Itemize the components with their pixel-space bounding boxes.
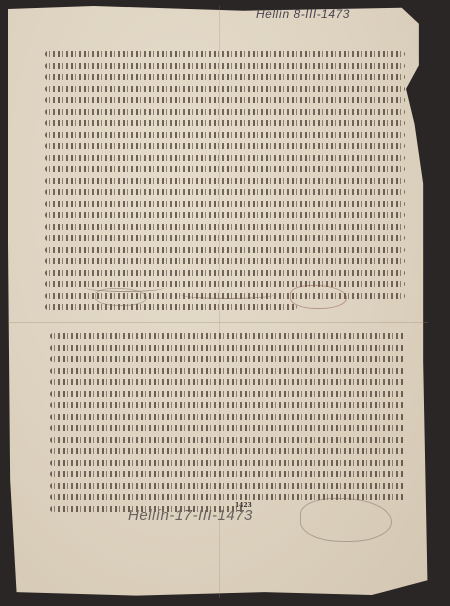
handwritten-line: [45, 140, 405, 152]
date-annotation-bottom: Hellín-17-III-1473: [128, 507, 253, 524]
horizontal-fold-line: [8, 322, 428, 323]
handwritten-line: [45, 301, 297, 313]
handwritten-line: [50, 445, 405, 457]
signature-left-mark: [95, 288, 147, 306]
handwritten-line: [50, 365, 405, 377]
signature-right: [290, 285, 347, 309]
handwritten-line: [45, 129, 405, 141]
handwritten-line: [45, 117, 405, 129]
secondary-text-block: [50, 330, 405, 514]
handwritten-line: [50, 434, 405, 446]
handwritten-line: [45, 175, 405, 187]
handwritten-line: [50, 376, 405, 388]
handwritten-line: [45, 163, 405, 175]
handwritten-line: [45, 221, 405, 233]
date-annotation-top: Hellín 8-III-1473: [256, 7, 350, 21]
handwritten-line: [45, 267, 405, 279]
handwritten-line: [45, 152, 405, 164]
main-text-block: [45, 48, 405, 313]
handwritten-line: [50, 457, 405, 469]
handwritten-line: [50, 353, 405, 365]
handwritten-line: [50, 422, 405, 434]
signature-bottom-right: [300, 498, 392, 542]
handwritten-line: [50, 411, 405, 423]
handwritten-line: [50, 330, 405, 342]
handwritten-line: [45, 60, 405, 72]
handwritten-line: [45, 83, 405, 95]
handwritten-line: [45, 186, 405, 198]
handwritten-line: [45, 244, 405, 256]
handwritten-line: [45, 198, 405, 210]
handwritten-line: [50, 468, 405, 480]
handwritten-line: [45, 255, 405, 267]
handwritten-line: [50, 399, 405, 411]
handwritten-line: [50, 342, 405, 354]
handwritten-line: [45, 232, 405, 244]
handwritten-line: [45, 106, 405, 118]
handwritten-line: [50, 388, 405, 400]
handwritten-line: [45, 71, 405, 83]
handwritten-line: [45, 94, 405, 106]
handwritten-line: [45, 48, 405, 60]
handwritten-line: [50, 480, 405, 492]
signature-center: [180, 290, 275, 299]
handwritten-line: [45, 209, 405, 221]
